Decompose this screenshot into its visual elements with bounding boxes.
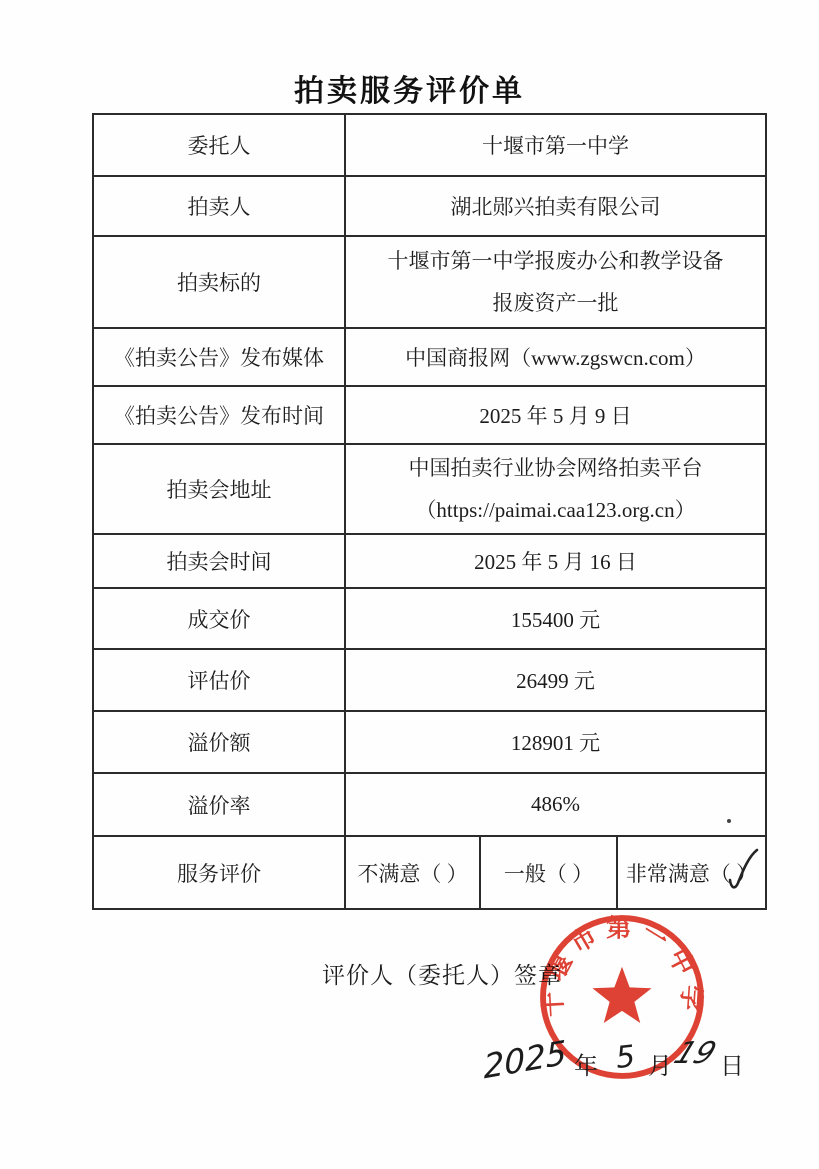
date-month-handwritten: 5 — [614, 1039, 637, 1076]
date-month-unit: 月 — [648, 1046, 672, 1081]
option-unsatisfied: 不满意（ ） — [345, 836, 480, 909]
page-title: 拍卖服务评价单 — [0, 66, 819, 110]
row-value: 中国商报网（www.zgswcn.com） — [345, 328, 766, 386]
row-value-line2: （https://paimai.caa123.org.cn） — [350, 489, 761, 531]
row-value-line1: 十堰市第一中学报废办公和教学设备 — [350, 240, 761, 282]
row-label: 拍卖人 — [93, 176, 345, 236]
table-row: 拍卖会地址 中国拍卖行业协会网络拍卖平台 （https://paimai.caa… — [93, 444, 766, 534]
evaluation-table: 委托人 十堰市第一中学 拍卖人 湖北郧兴拍卖有限公司 拍卖标的 十堰市第一中学报… — [92, 113, 767, 910]
service-evaluation-row: 服务评价 不满意（ ） 一般（ ） 非常满意（ ） — [93, 836, 766, 909]
row-value-line2: 报废资产一批 — [350, 282, 761, 324]
row-value: 2025 年 5 月 9 日 — [345, 386, 766, 444]
option-average: 一般（ ） — [480, 836, 617, 909]
row-value: 26499 元 — [345, 649, 766, 711]
table-row: 成交价 155400 元 — [93, 588, 766, 649]
row-value: 十堰市第一中学 — [345, 114, 766, 176]
row-label: 评估价 — [93, 649, 345, 711]
table-row: 拍卖标的 十堰市第一中学报废办公和教学设备 报废资产一批 — [93, 236, 766, 328]
row-label: 成交价 — [93, 588, 345, 649]
table-row: 拍卖会时间 2025 年 5 月 16 日 — [93, 534, 766, 588]
date-year-unit: 年 — [574, 1046, 598, 1081]
option-very-satisfied: 非常满意（ ） — [617, 836, 766, 909]
row-label: 溢价率 — [93, 773, 345, 836]
table-row: 溢价率 486% — [93, 773, 766, 836]
row-value: 486% — [345, 773, 766, 836]
row-value: 十堰市第一中学报废办公和教学设备 报废资产一批 — [345, 236, 766, 328]
row-label: 《拍卖公告》发布媒体 — [93, 328, 345, 386]
signature-label: 评价人（委托人）签章 — [322, 957, 562, 990]
scanned-document-page: 拍卖服务评价单 委托人 十堰市第一中学 拍卖人 湖北郧兴拍卖有限公司 拍卖标的 … — [0, 0, 819, 1169]
table-row: 溢价额 128901 元 — [93, 711, 766, 773]
row-label: 服务评价 — [93, 836, 345, 909]
row-value-line1: 中国拍卖行业协会网络拍卖平台 — [350, 447, 761, 489]
table-row: 《拍卖公告》发布时间 2025 年 5 月 9 日 — [93, 386, 766, 444]
table-row: 评估价 26499 元 — [93, 649, 766, 711]
row-label: 委托人 — [93, 114, 345, 176]
row-label: 拍卖标的 — [93, 236, 345, 328]
checkmark-icon — [725, 847, 761, 895]
row-label: 《拍卖公告》发布时间 — [93, 386, 345, 444]
row-value: 中国拍卖行业协会网络拍卖平台 （https://paimai.caa123.or… — [345, 444, 766, 534]
table-row: 委托人 十堰市第一中学 — [93, 114, 766, 176]
row-value: 155400 元 — [345, 588, 766, 649]
row-label: 溢价额 — [93, 711, 345, 773]
row-label: 拍卖会时间 — [93, 534, 345, 588]
row-value: 2025 年 5 月 16 日 — [345, 534, 766, 588]
row-value: 128901 元 — [345, 711, 766, 773]
row-label: 拍卖会地址 — [93, 444, 345, 534]
table-row: 《拍卖公告》发布媒体 中国商报网（www.zgswcn.com） — [93, 328, 766, 386]
table-row: 拍卖人 湖北郧兴拍卖有限公司 — [93, 176, 766, 236]
date-day-unit: 日 — [720, 1046, 744, 1081]
ink-speck — [727, 819, 731, 823]
row-value: 湖北郧兴拍卖有限公司 — [345, 176, 766, 236]
star-icon — [592, 967, 651, 1023]
